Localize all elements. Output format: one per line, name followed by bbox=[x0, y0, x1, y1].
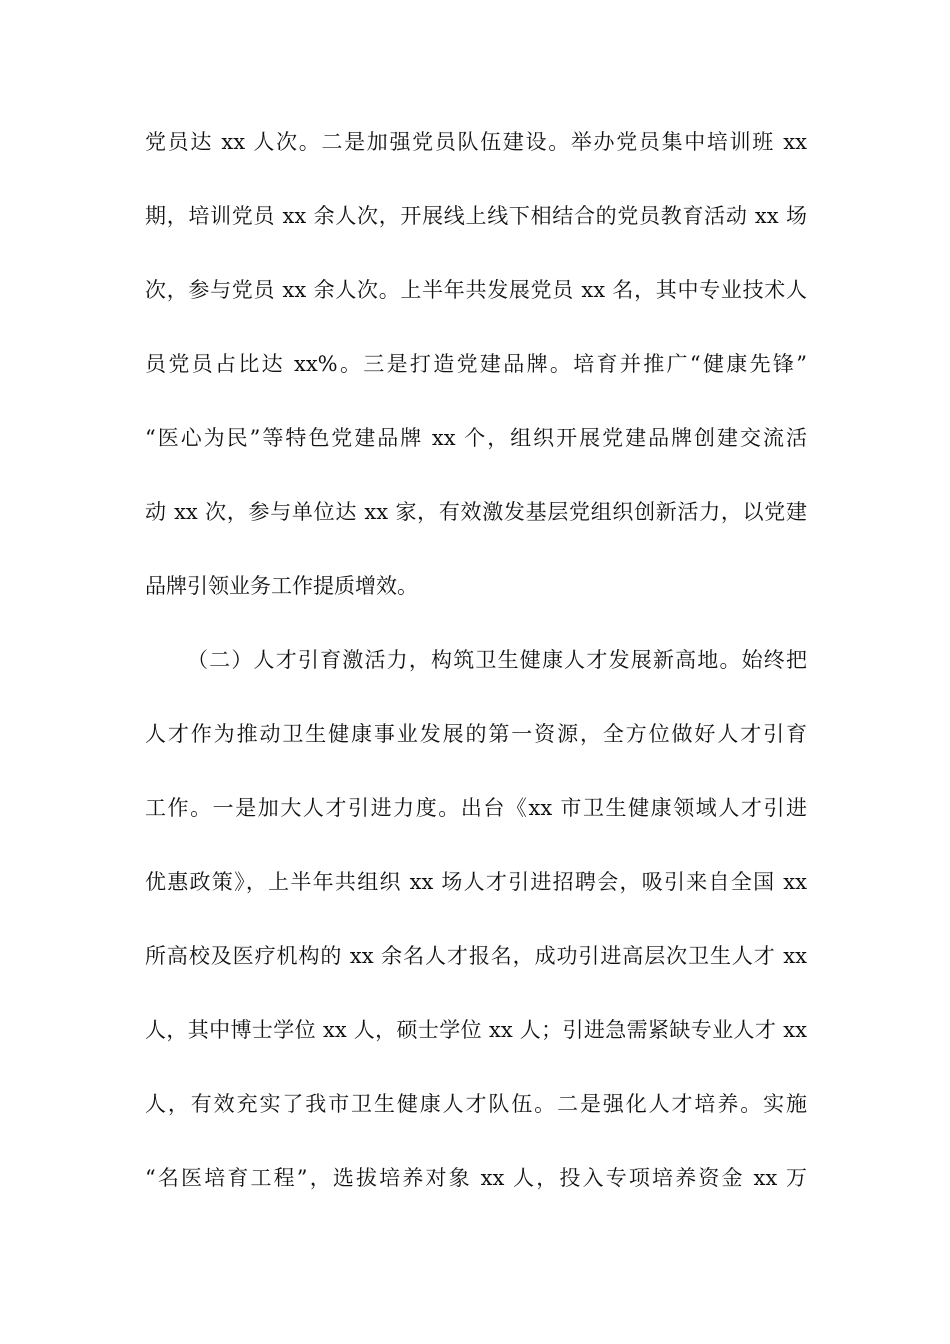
text-line: 工作。一是加大人才引进力度。出台《xx 市卫生健康领域人才引进 bbox=[145, 793, 807, 823]
document-page: 党员达 xx 人次。二是加强党员队伍建设。举办党员集中培训班 xx 期，培训党员… bbox=[0, 0, 950, 1344]
text-line: 人，有效充实了我市卫生健康人才队伍。二是强化人才培养。实施 bbox=[145, 1089, 807, 1119]
text-line: 优惠政策》，上半年共组织 xx 场人才引进招聘会，吸引来自全国 xx bbox=[145, 867, 807, 897]
text-line: 人，其中博士学位 xx 人，硕士学位 xx 人；引进急需紧缺专业人才 xx bbox=[145, 1015, 807, 1045]
text-line: “名医培育工程”，选拔培养对象 xx 人，投入专项培养资金 xx 万 bbox=[145, 1163, 807, 1193]
text-line: “医心为民”等特色党建品牌 xx 个，组织开展党建品牌创建交流活 bbox=[145, 423, 807, 453]
section-heading-line: （二）人才引育激活力，构筑卫生健康人才发展新高地。始终把 bbox=[145, 645, 807, 675]
text-line: 品牌引领业务工作提质增效。 bbox=[145, 571, 807, 601]
text-line: 人才作为推动卫生健康事业发展的第一资源，全方位做好人才引育 bbox=[145, 719, 807, 749]
text-line: 党员达 xx 人次。二是加强党员队伍建设。举办党员集中培训班 xx bbox=[145, 127, 807, 157]
text-line: 次，参与党员 xx 余人次。上半年共发展党员 xx 名，其中专业技术人 bbox=[145, 275, 807, 305]
text-line: 员党员占比达 xx%。三是打造党建品牌。培育并推广“健康先锋” bbox=[145, 349, 807, 379]
text-line: 所高校及医疗机构的 xx 余名人才报名，成功引进高层次卫生人才 xx bbox=[145, 941, 807, 971]
text-line: 动 xx 次，参与单位达 xx 家，有效激发基层党组织创新活力，以党建 bbox=[145, 497, 807, 527]
text-line: 期，培训党员 xx 余人次，开展线上线下相结合的党员教育活动 xx 场 bbox=[145, 201, 807, 231]
